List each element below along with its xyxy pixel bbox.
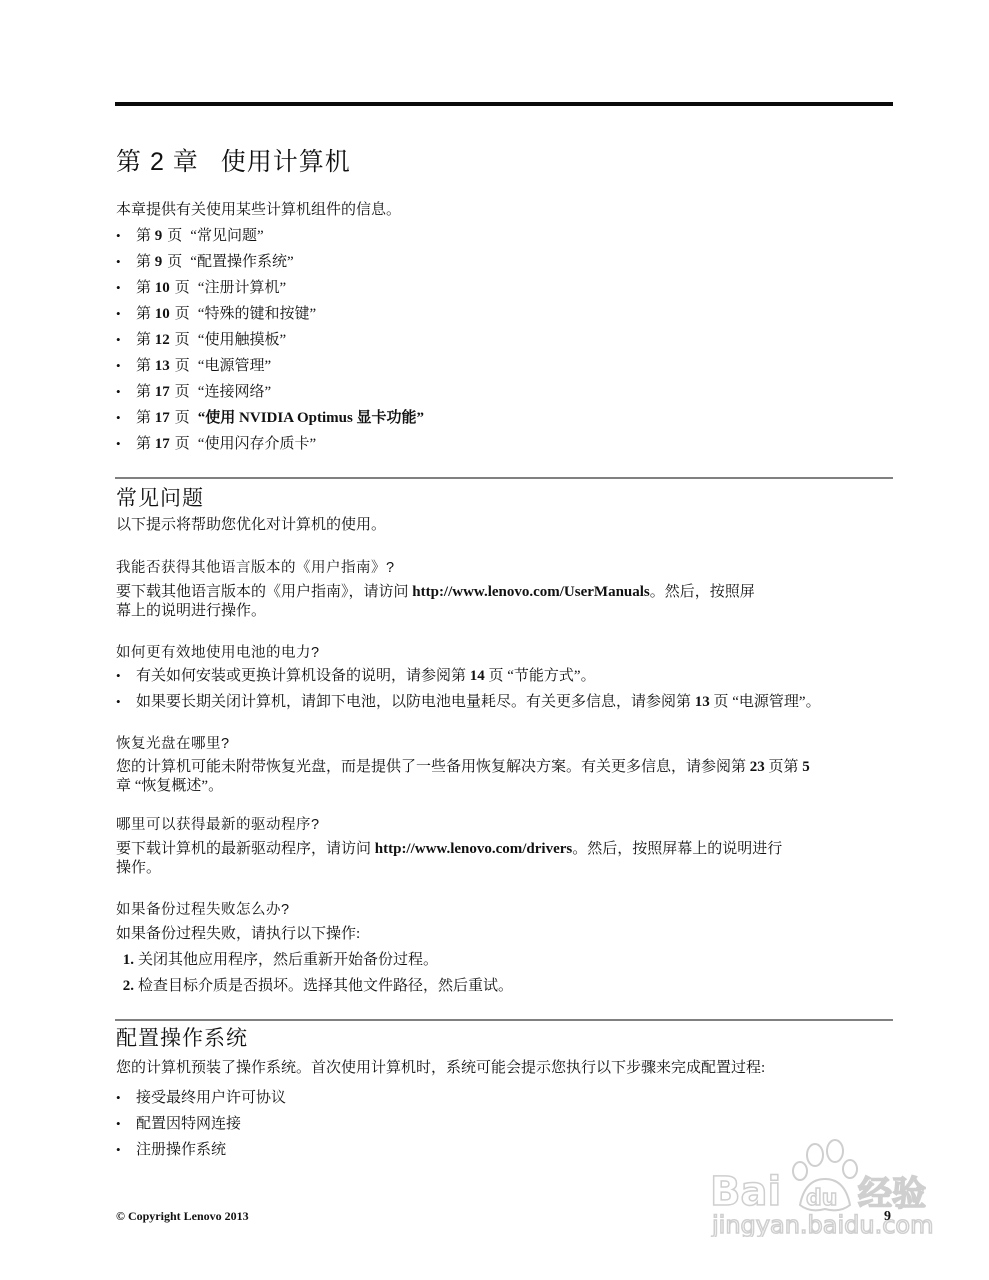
bullet-icon: • — [116, 692, 136, 711]
bullet-icon: • — [116, 434, 136, 453]
chapter-name: 使用计算机 — [221, 148, 351, 176]
faq-backup-step-2: 2.检查目标介质是否损坏。选择其他文件路径，然后重试。 — [116, 977, 513, 996]
faq-answer-recovery-line1: 您的计算机可能未附带恢复光盘，而是提供了一些备用恢复解决方案。有关更多信息，请参… — [116, 758, 810, 777]
svg-text:Bai: Bai — [710, 1169, 781, 1215]
faq-answer-backup-intro: 如果备份过程失败，请执行以下操作: — [116, 925, 360, 944]
link-drivers[interactable]: http://www.lenovo.com/drivers — [375, 841, 572, 857]
toc-item-configure-os[interactable]: •第 9页“配置操作系统” — [116, 252, 294, 272]
faq-backup-step-1: 1.关闭其他应用程序，然后重新开始备份过程。 — [116, 951, 438, 970]
svg-text:jingyan.baidu.com: jingyan.baidu.com — [711, 1211, 933, 1237]
section-heading-faq: 常见问题 — [116, 482, 204, 512]
faq-question-battery: 如何更有效地使用电池的电力? — [116, 641, 320, 662]
toc-item-power-management[interactable]: •第 13页“电源管理” — [116, 356, 271, 376]
bullet-icon: • — [116, 1114, 136, 1133]
toc-item-register-computer[interactable]: •第 10页“注册计算机” — [116, 278, 286, 298]
baidu-paw-icon: Bai du 经验 jingyan.baidu.com — [700, 1137, 940, 1237]
svg-text:du: du — [806, 1186, 837, 1211]
bullet-icon: • — [116, 382, 136, 401]
os-config-bullet-eula: •接受最终用户许可协议 — [116, 1088, 286, 1108]
chapter-title: 第 2 章使用计算机 — [116, 142, 351, 178]
faq-battery-bullet-2: •如果要长期关闭计算机，请卸下电池，以防电池电量耗尽。有关更多信息，请参阅第 1… — [116, 692, 821, 712]
faq-answer-recovery-line2: 章 “恢复概述”。 — [116, 777, 223, 796]
bullet-icon: • — [116, 408, 136, 427]
faq-intro: 以下提示将帮助您优化对计算机的使用。 — [116, 516, 386, 535]
toc-item-network[interactable]: •第 17页“连接网络” — [116, 382, 271, 402]
faq-answer-drivers-line2: 操作。 — [116, 859, 161, 878]
faq-battery-bullet-1: •有关如何安装或更换计算机设备的说明，请参阅第 14 页 “节能方式”。 — [116, 666, 596, 686]
chapter-top-rule — [115, 102, 893, 106]
page-ref[interactable]: 13 — [695, 694, 710, 710]
faq-question-drivers: 哪里可以获得最新的驱动程序? — [116, 813, 320, 834]
toc-item-nvidia-optimus[interactable]: •第 17页“使用 NVIDIA Optimus 显卡功能” — [116, 408, 424, 428]
bullet-icon: • — [116, 1088, 136, 1107]
os-config-intro: 您的计算机预装了操作系统。首次使用计算机时，系统可能会提示您执行以下步骤来完成配… — [116, 1059, 765, 1078]
bullet-icon: • — [116, 666, 136, 685]
faq-answer-manuals-line1: 要下载其他语言版本的《用户指南》，请访问 http://www.lenovo.c… — [116, 583, 755, 602]
bullet-icon: • — [116, 1140, 136, 1159]
os-config-bullet-register: •注册操作系统 — [116, 1140, 226, 1160]
bullet-icon: • — [116, 356, 136, 375]
footer-page-number: 9 — [884, 1209, 891, 1225]
os-config-bullet-internet: •配置因特网连接 — [116, 1114, 241, 1134]
section-rule-faq — [115, 477, 893, 479]
faq-question-recovery-disc: 恢复光盘在哪里? — [116, 732, 230, 753]
faq-question-manuals: 我能否获得其他语言版本的《用户指南》? — [116, 556, 395, 577]
toc-item-touchpad[interactable]: •第 12页“使用触摸板” — [116, 330, 286, 350]
toc-item-faq[interactable]: •第 9页“常见问题” — [116, 226, 264, 246]
toc-item-special-keys[interactable]: •第 10页“特殊的键和按键” — [116, 304, 316, 324]
baidu-jingyan-watermark: Bai du 经验 jingyan.baidu.com — [700, 1137, 940, 1237]
faq-answer-manuals-line2: 幕上的说明进行操作。 — [116, 602, 266, 621]
chapter-intro: 本章提供有关使用某些计算机组件的信息。 — [116, 201, 401, 220]
bullet-icon: • — [116, 304, 136, 323]
toc-item-flash-media-card[interactable]: •第 17页“使用闪存介质卡” — [116, 434, 316, 454]
bullet-icon: • — [116, 252, 136, 271]
faq-question-backup-fail: 如果备份过程失败怎么办? — [116, 898, 290, 919]
link-user-manuals[interactable]: http://www.lenovo.com/UserManuals — [412, 584, 650, 600]
svg-text:经验: 经验 — [858, 1174, 926, 1214]
section-heading-os-config: 配置操作系统 — [116, 1022, 248, 1052]
page-ref[interactable]: 14 — [470, 668, 485, 684]
section-rule-os-config — [115, 1019, 893, 1021]
bullet-icon: • — [116, 278, 136, 297]
bullet-icon: • — [116, 226, 136, 245]
faq-answer-drivers-line1: 要下载计算机的最新驱动程序，请访问 http://www.lenovo.com/… — [116, 840, 782, 859]
page-ref[interactable]: 23 — [750, 759, 765, 775]
footer-copyright: © Copyright Lenovo 2013 — [116, 1209, 249, 1224]
bullet-icon: • — [116, 330, 136, 349]
chapter-number: 第 2 章 — [116, 148, 199, 176]
